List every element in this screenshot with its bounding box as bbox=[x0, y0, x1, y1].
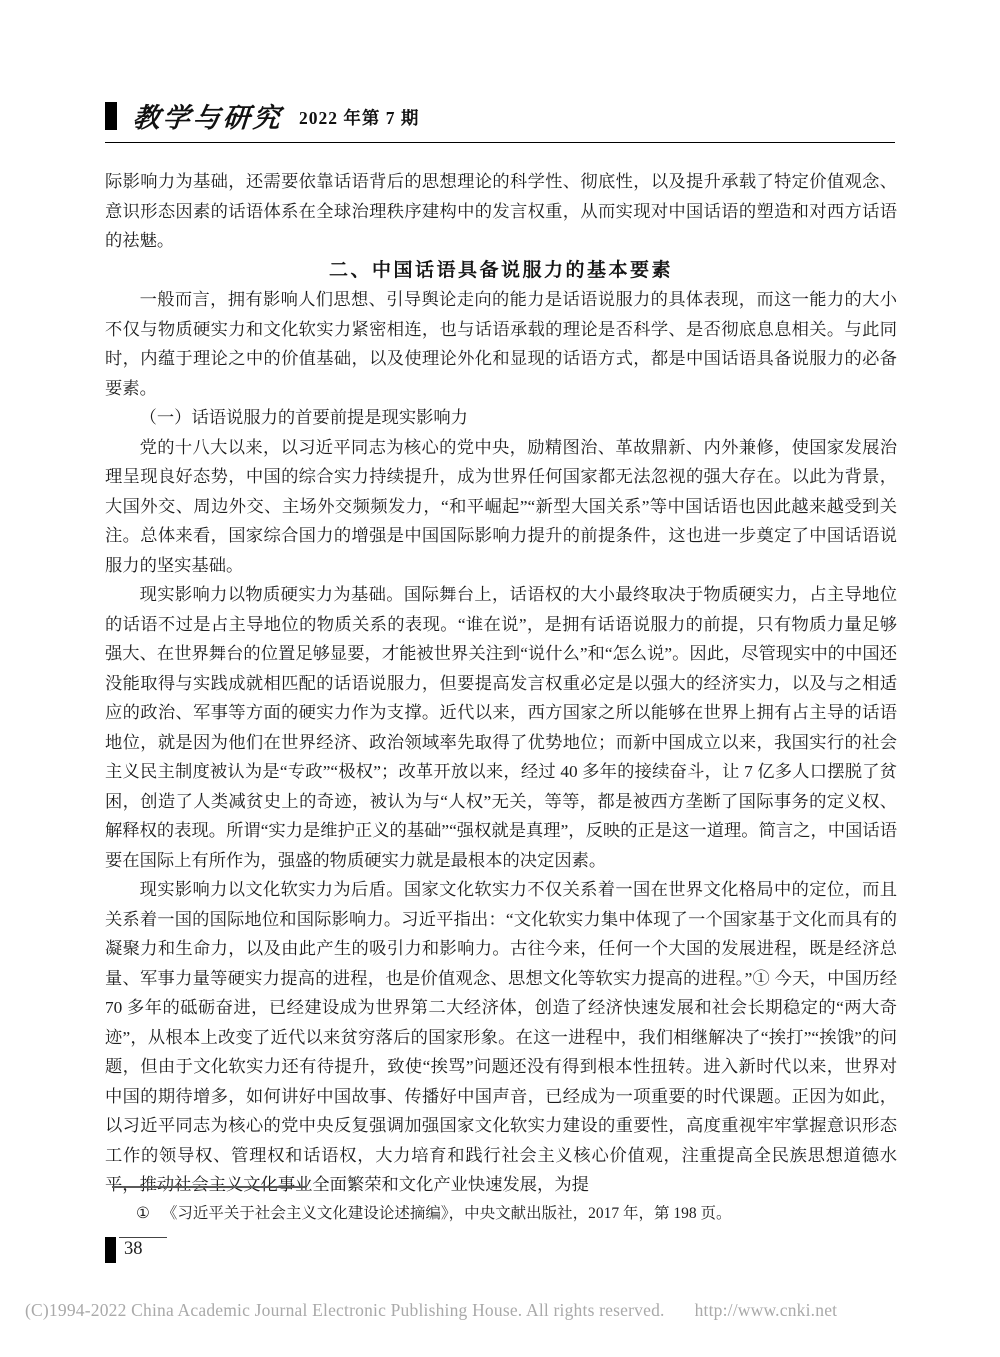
article-body: 际影响力为基础，还需要依靠话语背后的思想理论的科学性、彻底性，以及提升承载了特定… bbox=[105, 167, 897, 1200]
footer: (C)1994-2022 China Academic Journal Elec… bbox=[25, 1300, 975, 1321]
footnote-marker: ① bbox=[136, 1202, 150, 1226]
footer-copyright: (C)1994-2022 China Academic Journal Elec… bbox=[25, 1300, 665, 1321]
footnote: ① 《习近平关于社会主义文化建设论述摘编》，中央文献出版社，2017 年，第 1… bbox=[136, 1202, 876, 1226]
footnote-separator bbox=[112, 1186, 306, 1188]
page-number-block: 38 bbox=[105, 1237, 167, 1263]
header-bar-mark bbox=[105, 102, 117, 130]
continuation-paragraph: 际影响力为基础，还需要依靠话语背后的思想理论的科学性、彻底性，以及提升承载了特定… bbox=[105, 167, 897, 256]
journal-logo: 教学与研究 bbox=[132, 96, 285, 135]
section-heading: 二、中国话语具备说服力的基本要素 bbox=[105, 256, 897, 286]
footer-url: http://www.cnki.net bbox=[695, 1300, 838, 1321]
paragraph-general: 一般而言，拥有影响人们思想、引导舆论走向的能力是话语说服力的具体表现，而这一能力… bbox=[105, 285, 897, 403]
footnote-text: 《习近平关于社会主义文化建设论述摘编》，中央文献出版社，2017 年，第 198… bbox=[162, 1202, 732, 1226]
issue-label: 2022 年第 7 期 bbox=[299, 101, 419, 130]
page-number-bar bbox=[105, 1237, 116, 1263]
subsection-heading: （一）话语说服力的首要前提是现实影响力 bbox=[105, 403, 897, 433]
page-number: 38 bbox=[119, 1237, 167, 1260]
paragraph-party: 党的十八大以来，以习近平同志为核心的党中央，励精图治、革故鼎新、内外兼修，使国家… bbox=[105, 433, 897, 581]
journal-header: 教学与研究 2022 年第 7 期 bbox=[105, 96, 895, 143]
paragraph-soft-power: 现实影响力以文化软实力为后盾。国家文化软实力不仅关系着一国在世界文化格局中的定位… bbox=[105, 875, 897, 1200]
paper-page: 教学与研究 2022 年第 7 期 际影响力为基础，还需要依靠话语背后的思想理论… bbox=[0, 0, 1000, 1357]
paragraph-hard-power: 现实影响力以物质硬实力为基础。国际舞台上，话语权的大小最终取决于物质硬实力，占主… bbox=[105, 580, 897, 875]
